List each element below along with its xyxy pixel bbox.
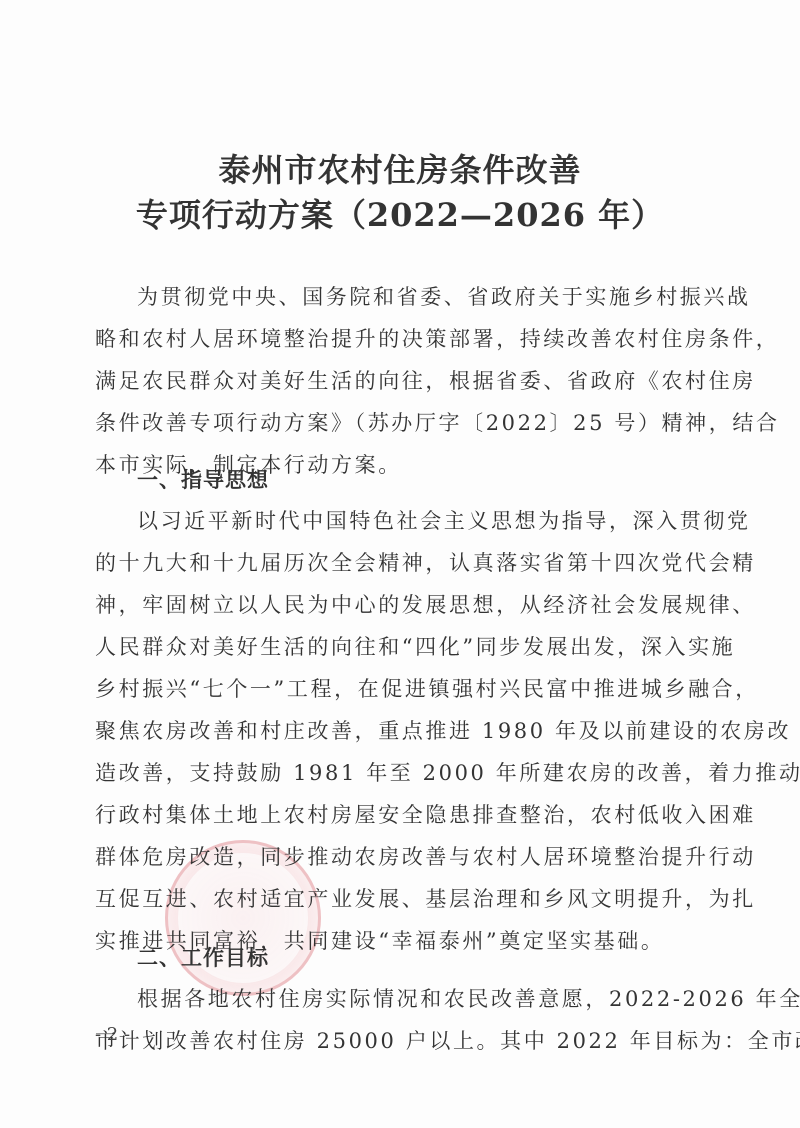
body-line: 市计划改善农村住房 25000 户以上。其中 2022 年目标为：全市改	[95, 1027, 715, 1055]
body-line: 群体危房改造，同步推动农房改善与农村人居环境整治提升行动	[95, 843, 715, 871]
body-line: 人民群众对美好生活的向往和“四化”同步发展出发，深入实施	[95, 633, 715, 661]
body-line: 互促互进、农村适宜产业发展、基层治理和乡风文明提升，为扎	[95, 885, 715, 913]
intro-line: 满足农民群众对美好生活的向往，根据省委、省政府《农村住房	[95, 367, 715, 395]
body-line: 的十九大和十九届历次全会精神，认真落实省第十四次党代会精	[95, 549, 715, 577]
body-line: 行政村集体土地上农村房屋安全隐患排查整治，农村低收入困难	[95, 801, 715, 829]
document-title-line2: 专项行动方案（2022—2026 年）	[0, 190, 800, 236]
intro-line: 为贯彻党中央、国务院和省委、省政府关于实施乡村振兴战	[137, 283, 757, 311]
section-heading-guiding-ideology: 一、指导思想	[137, 464, 269, 494]
body-line: 造改善，支持鼓励 1981 年至 2000 年所建农房的改善，着力推动	[95, 759, 715, 787]
document-title-line1: 泰州市农村住房条件改善	[0, 145, 800, 191]
section-heading-work-goals: 二、工作目标	[137, 942, 269, 972]
intro-line: 条件改善专项行动方案》（苏办厅字〔2022〕25 号）精神，结合	[95, 409, 715, 437]
body-line: 乡村振兴“七个一”工程，在促进镇强村兴民富中推进城乡融合，	[95, 675, 715, 703]
body-line: 根据各地农村住房实际情况和农民改善意愿，2022-2026 年全	[137, 985, 757, 1013]
intro-line: 略和农村人居环境整治提升的决策部署，持续改善农村住房条件，	[95, 325, 715, 353]
body-line: 以习近平新时代中国特色社会主义思想为指导，深入贯彻党	[137, 507, 757, 535]
document-page: 泰州市农村住房条件改善 专项行动方案（2022—2026 年） 为贯彻党中央、国…	[0, 0, 800, 1128]
body-line: 聚焦农房改善和村庄改善，重点推进 1980 年及以前建设的农房改	[95, 717, 715, 745]
body-line: 神，牢固树立以人民为中心的发展思想，从经济社会发展规律、	[95, 591, 715, 619]
page-number: - 2 -	[95, 1024, 130, 1045]
